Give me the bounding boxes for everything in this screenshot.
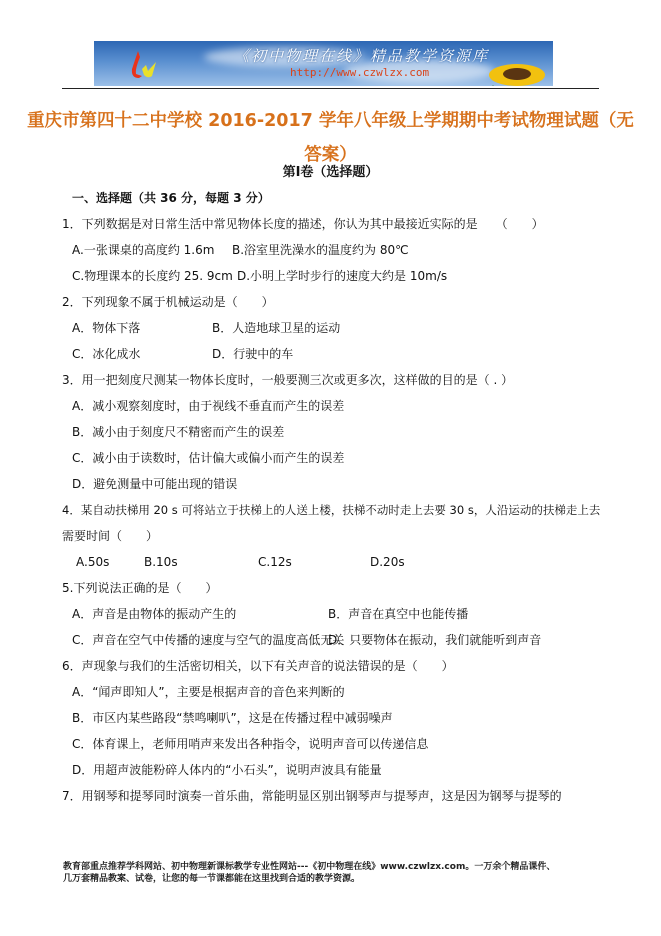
banner-url[interactable]: http://www.czwlzx.com: [290, 66, 429, 79]
question-2-stem: 2．下列现象不属于机械运动是（ ）: [62, 294, 274, 310]
question-1-stem: 1．下列数据是对日常生活中常见物体长度的描述，你认为其中最接近实际的是 （ ）: [62, 216, 544, 232]
question-4-stem-line-2: 需要时间（ ）: [62, 528, 158, 544]
question-6-option-b[interactable]: B．市区内某些路段“禁鸣喇叭”，这是在传播过程中减弱噪声: [72, 710, 393, 726]
question-6-option-c[interactable]: C．体育课上，老师用哨声来发出各种指令，说明声音可以传递信息: [72, 736, 428, 752]
question-3-stem: 3．用一把刻度尺测某一物体长度时，一般要测三次或更多次，这样做的目的是（ . ）: [62, 372, 513, 388]
question-5-option-b[interactable]: B．声音在真空中也能传播: [328, 606, 468, 622]
question-4-stem-line-1: 4．某自动扶梯用 20 s 可将站立于扶梯上的人送上楼，扶梯不动时走上去要 30…: [62, 502, 600, 518]
question-2-option-b[interactable]: B．人造地球卫星的运动: [212, 320, 340, 336]
question-7-stem: 7．用钢琴和提琴同时演奏一首乐曲，常能明显区别出钢琴声与提琴声，这是因为钢琴与提…: [62, 788, 562, 804]
question-4-option-d[interactable]: D.20s: [370, 554, 405, 570]
section-heading-text: 一、选择题（共 36 分，每题 3 分）: [72, 191, 270, 205]
question-1-option-c[interactable]: C.物理课本的长度约 25. 9cm: [72, 268, 233, 284]
site-logo-icon: [124, 49, 160, 81]
question-4-option-c[interactable]: C.12s: [258, 554, 292, 570]
title-line-1: 重庆市第四十二中学校 2016-2017 学年八年级上学期期中考试物理试题（无: [20, 104, 641, 138]
question-4-option-b[interactable]: B.10s: [144, 554, 178, 570]
question-4-option-a[interactable]: A.50s: [76, 554, 109, 570]
question-5-option-d[interactable]: D．只要物体在振动，我们就能听到声音: [328, 632, 541, 648]
question-6-stem: 6．声现象与我们的生活密切相关，以下有关声音的说法错误的是（ ）: [62, 658, 454, 674]
footer-line-2: 几万套精品教案、试卷，让您的每一节课都能在这里找到合适的教学资源。: [63, 873, 555, 885]
question-5-option-c[interactable]: C．声音在空气中传播的速度与空气的温度高低无关: [72, 632, 344, 648]
question-3-option-c[interactable]: C．减小由于读数时，估计偏大或偏小而产生的误差: [72, 450, 344, 466]
header-divider: [62, 88, 599, 89]
header-banner: 《初中物理在线》精品教学资源库 http://www.czwlzx.com: [94, 41, 553, 86]
sunflower-icon: [485, 55, 545, 86]
question-2-option-c[interactable]: C．冰化成水: [72, 346, 140, 362]
question-3-option-d[interactable]: D．避免测量中可能出现的错误: [72, 476, 237, 492]
question-1-option-a[interactable]: A.一张课桌的高度约 1.6m: [72, 242, 214, 258]
question-2-option-a[interactable]: A．物体下落: [72, 320, 140, 336]
banner-title: 《初中物理在线》精品教学资源库: [234, 45, 489, 66]
question-6-option-d[interactable]: D．用超声波能粉碎人体内的“小石头”，说明声波具有能量: [72, 762, 382, 778]
question-3-option-b[interactable]: B．减小由于刻度尺不精密而产生的误差: [72, 424, 284, 440]
question-6-option-a[interactable]: A．“闻声即知人”，主要是根据声音的音色来判断的: [72, 684, 345, 700]
page-footer: 教育部重点推荐学科网站、初中物理新课标教学专业性网站---《初中物理在线》www…: [63, 861, 555, 885]
section-heading: 一、选择题（共 36 分，每题 3 分）: [72, 190, 270, 206]
question-5-stem: 5.下列说法正确的是（ ）: [62, 580, 217, 596]
footer-line-1: 教育部重点推荐学科网站、初中物理新课标教学专业性网站---《初中物理在线》www…: [63, 861, 555, 873]
volume-heading: 第Ⅰ卷（选择题）: [0, 161, 661, 180]
question-1-option-b[interactable]: B.浴室里洗澡水的温度约为 80℃: [232, 242, 409, 258]
question-1-option-d[interactable]: D.小明上学时步行的速度大约是 10m/s: [237, 268, 447, 284]
question-2-option-d[interactable]: D．行驶中的车: [212, 346, 293, 362]
question-3-option-a[interactable]: A．减小观察刻度时，由于视线不垂直而产生的误差: [72, 398, 344, 414]
question-5-option-a[interactable]: A．声音是由物体的振动产生的: [72, 606, 236, 622]
